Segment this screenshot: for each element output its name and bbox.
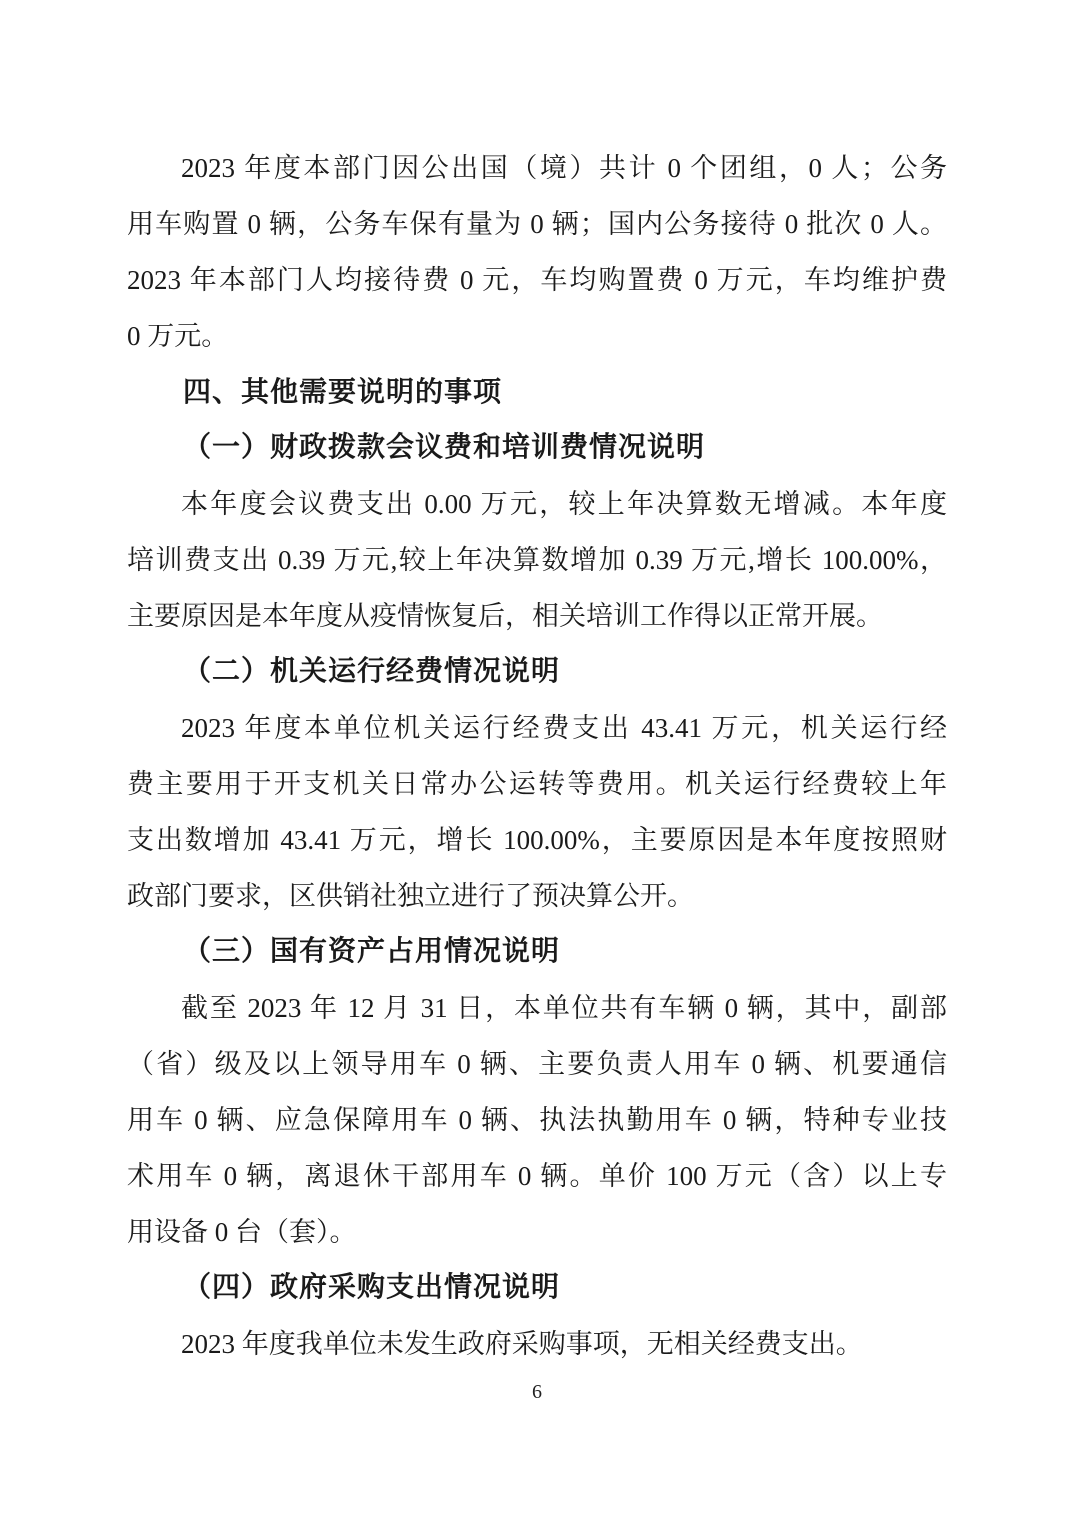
paragraph-line: 支出数增加 43.41 万元，增长 100.00%，主要原因是本年度按照财 [127,812,947,868]
paragraph-line: （省）级及以上领导用车 0 辆、主要负责人用车 0 辆、机要通信 [127,1036,947,1092]
section-heading-other-matters: 四、其他需要说明的事项 [127,364,947,420]
document-body: 2023 年度本部门因公出国（境）共计 0 个团组，0 人；公务 用车购置 0 … [127,140,947,1372]
paragraph-line: 0 万元。 [127,308,947,364]
paragraph-line: 政部门要求，区供销社独立进行了预决算公开。 [127,868,947,924]
paragraph-line: 截至 2023 年 12 月 31 日，本单位共有车辆 0 辆，其中，副部 [127,980,947,1036]
paragraph-travel-vehicle-reception: 2023 年度本部门因公出国（境）共计 0 个团组，0 人；公务 用车购置 0 … [127,140,947,364]
paragraph-line: 2023 年度本单位机关运行经费支出 43.41 万元，机关运行经 [127,700,947,756]
paragraph-line: 用车 0 辆、应急保障用车 0 辆、执法执勤用车 0 辆，特种专业技 [127,1092,947,1148]
document-page: 2023 年度本部门因公出国（境）共计 0 个团组，0 人；公务 用车购置 0 … [0,0,1074,1520]
paragraph-government-procurement: 2023 年度我单位未发生政府采购事项，无相关经费支出。 [127,1316,947,1372]
paragraph-line: 费主要用于开支机关日常办公运转等费用。机关运行经费较上年 [127,756,947,812]
subsection-heading-government-procurement: （四）政府采购支出情况说明 [127,1260,947,1316]
page-number: 6 [0,1374,1074,1410]
paragraph-meeting-training-fees: 本年度会议费支出 0.00 万元，较上年决算数无增减。本年度 培训费支出 0.3… [127,476,947,644]
paragraph-line: 用车购置 0 辆，公务车保有量为 0 辆；国内公务接待 0 批次 0 人。 [127,196,947,252]
paragraph-line: 2023 年度我单位未发生政府采购事项，无相关经费支出。 [127,1316,947,1372]
paragraph-line: 培训费支出 0.39 万元,较上年决算数增加 0.39 万元,增长 100.00… [127,532,947,588]
paragraph-line: 用设备 0 台（套）。 [127,1204,947,1260]
paragraph-operating-expenses: 2023 年度本单位机关运行经费支出 43.41 万元，机关运行经 费主要用于开… [127,700,947,924]
paragraph-state-assets: 截至 2023 年 12 月 31 日，本单位共有车辆 0 辆，其中，副部 （省… [127,980,947,1260]
subsection-heading-operating-expenses: （二）机关运行经费情况说明 [127,644,947,700]
paragraph-line: 2023 年本部门人均接待费 0 元，车均购置费 0 万元，车均维护费 [127,252,947,308]
paragraph-line: 2023 年度本部门因公出国（境）共计 0 个团组，0 人；公务 [127,140,947,196]
paragraph-line: 本年度会议费支出 0.00 万元，较上年决算数无增减。本年度 [127,476,947,532]
paragraph-line: 主要原因是本年度从疫情恢复后，相关培训工作得以正常开展。 [127,588,947,644]
subsection-heading-state-assets: （三）国有资产占用情况说明 [127,924,947,980]
paragraph-line: 术用车 0 辆，离退休干部用车 0 辆。单价 100 万元（含）以上专 [127,1148,947,1204]
subsection-heading-meeting-training-fees: （一）财政拨款会议费和培训费情况说明 [127,420,947,476]
